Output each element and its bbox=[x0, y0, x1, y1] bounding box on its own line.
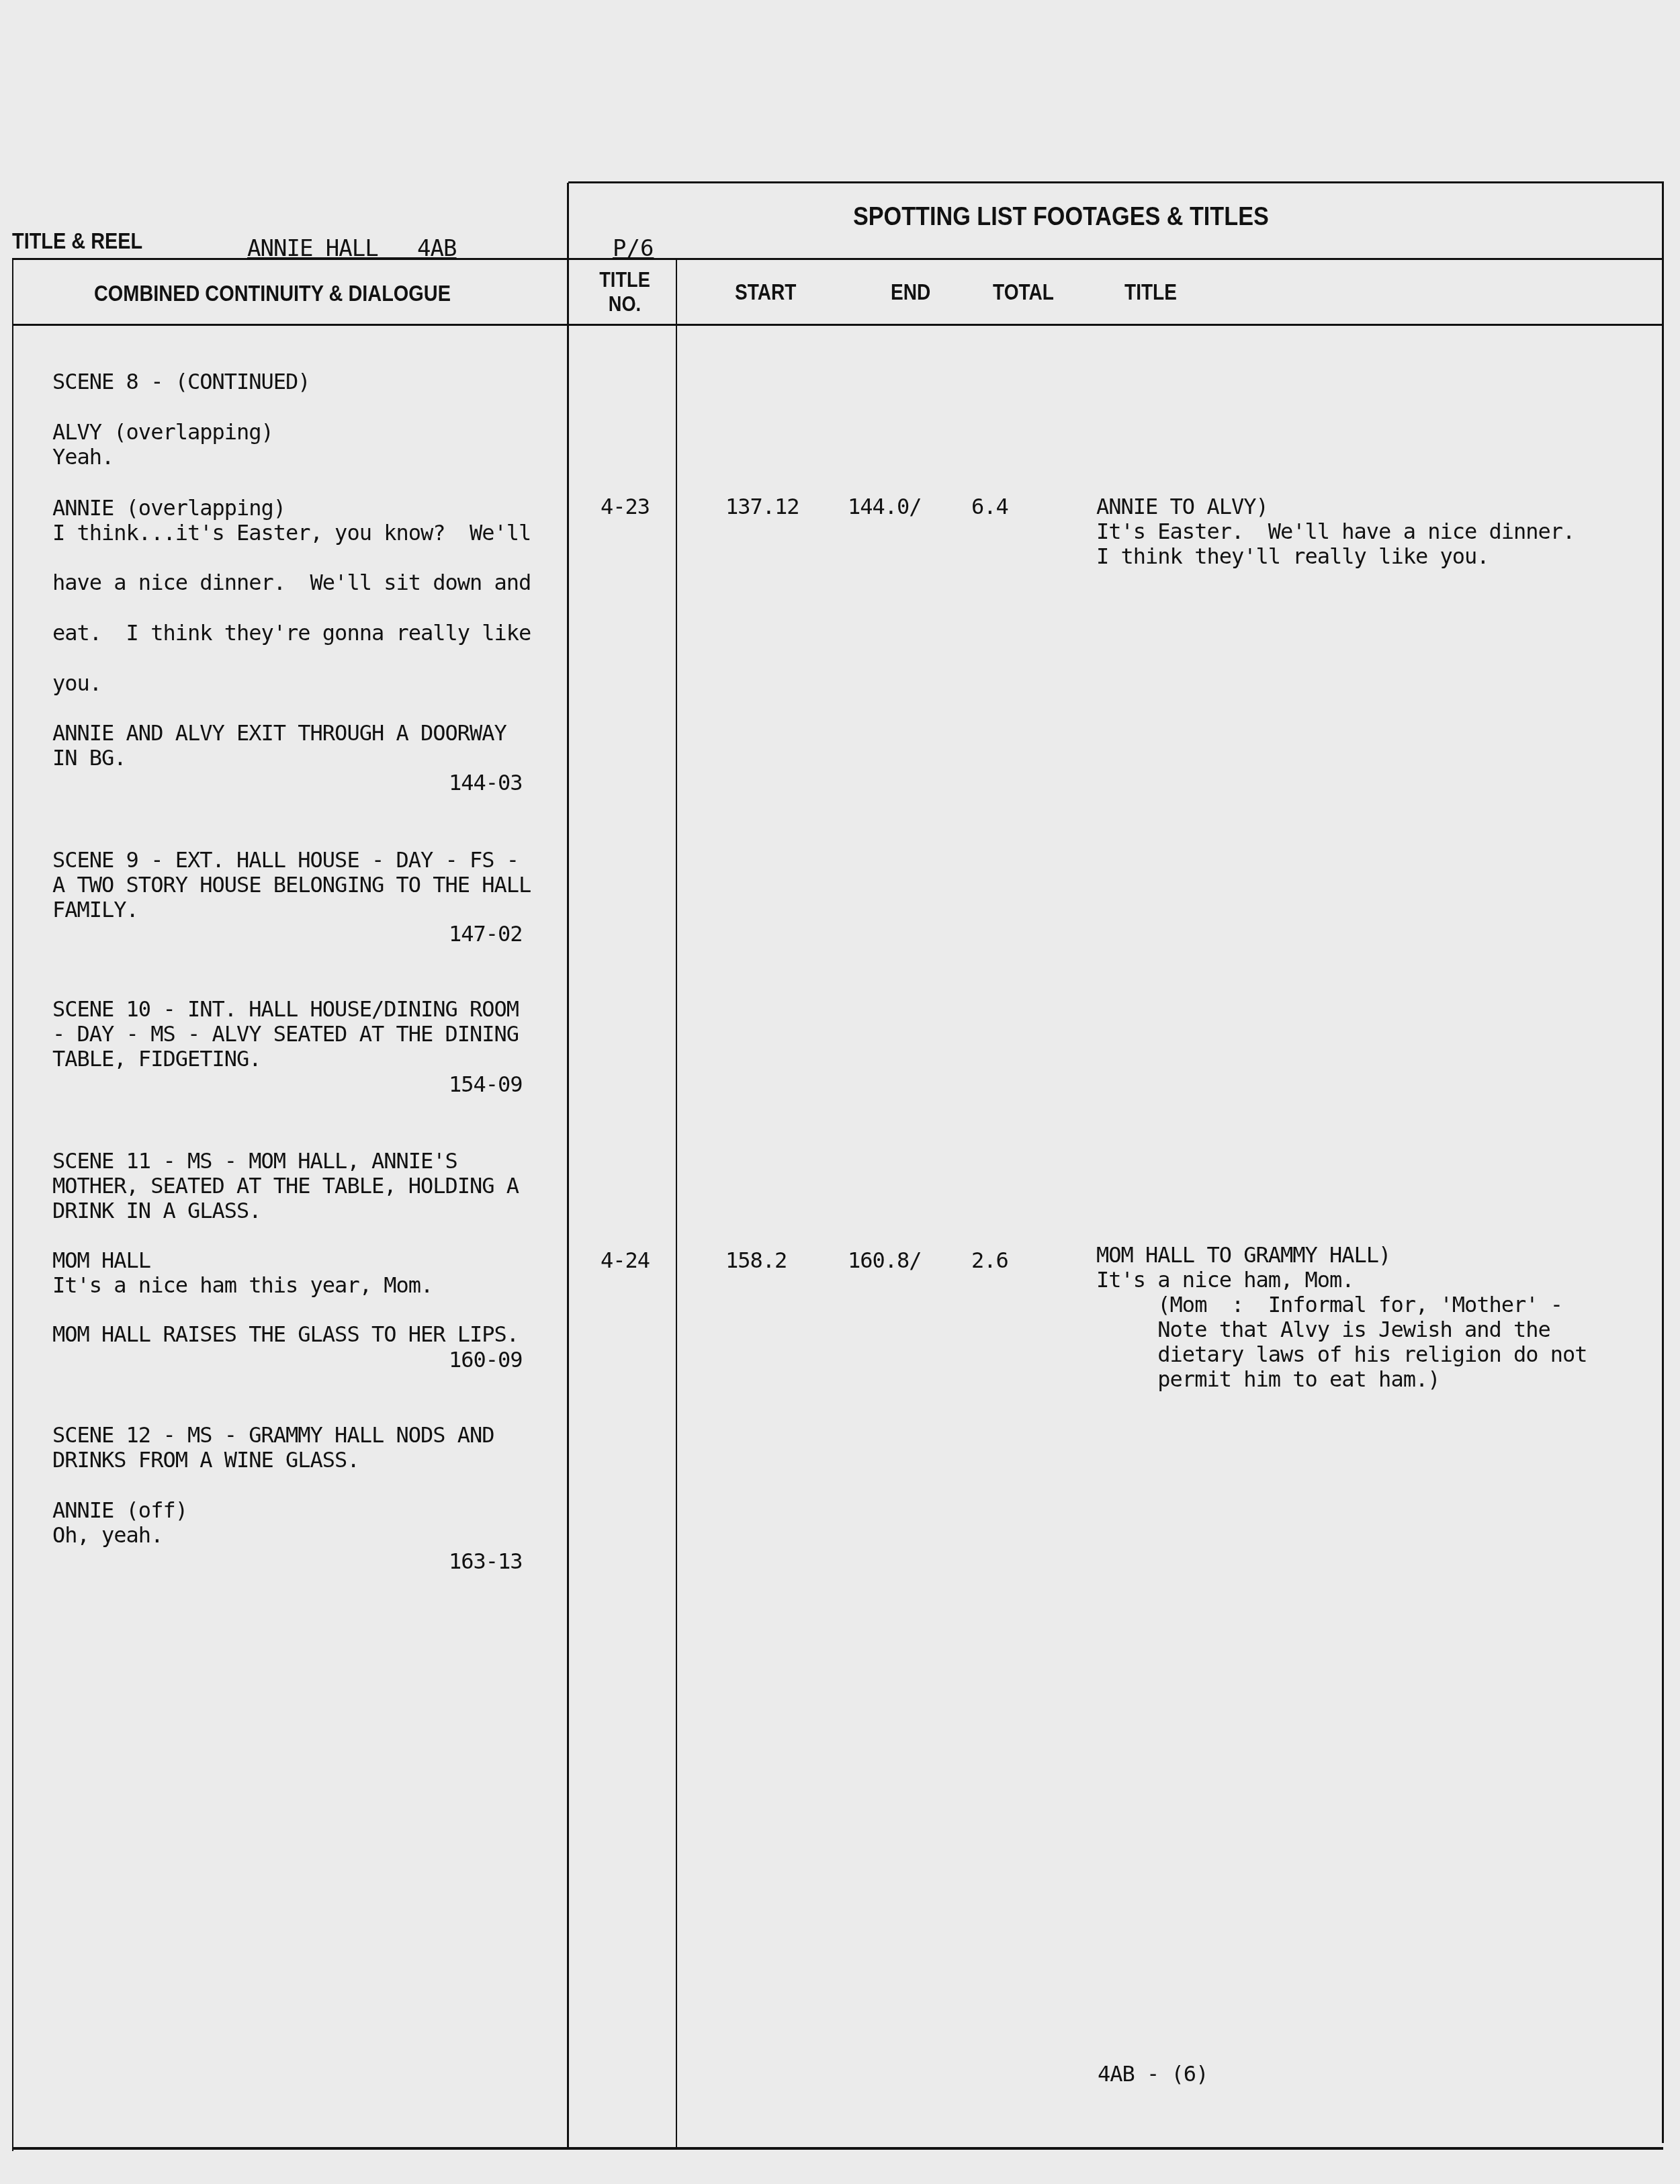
title-no-right-border bbox=[676, 258, 677, 2147]
title-reel-label: TITLE & REEL bbox=[12, 228, 142, 255]
title-number: 4-24 bbox=[601, 1248, 650, 1273]
continuity-scene11: SCENE 11 - MS - MOM HALL, ANNIE'S MOTHER… bbox=[52, 1149, 563, 1223]
spotting-list-heading: SPOTTING LIST FOOTAGES & TITLES bbox=[853, 203, 1269, 232]
total-footage: 6.4 bbox=[971, 494, 1008, 519]
table-bottom-border bbox=[12, 2147, 1663, 2150]
end-footage: 160.8/ bbox=[848, 1248, 922, 1273]
continuity-scene10: SCENE 10 - INT. HALL HOUSE/DINING ROOM -… bbox=[52, 997, 563, 1072]
title-no-heading-line1: TITLE bbox=[596, 267, 654, 292]
column-start-heading: START bbox=[735, 279, 796, 305]
title-reel-value: ANNIE HALL 4AB bbox=[247, 235, 457, 262]
header-row-bottom-border bbox=[12, 324, 1663, 326]
continuity-mom-hall-line: MOM HALL It's a nice ham this year, Mom. bbox=[52, 1248, 563, 1298]
continuity-annie-line-cont2: eat. I think they're gonna really like bbox=[52, 621, 563, 646]
spotting-header-top-border bbox=[568, 181, 1663, 183]
footage-160-09: 160-09 bbox=[449, 1348, 523, 1372]
footage-144-03: 144-03 bbox=[449, 771, 523, 795]
title-number: 4-23 bbox=[601, 494, 650, 519]
column-end-heading: END bbox=[891, 279, 930, 305]
page-footer-label: 4AB - (6) bbox=[1098, 2061, 1208, 2087]
footage-154-09: 154-09 bbox=[449, 1072, 523, 1097]
continuity-annie-line: ANNIE (overlapping) I think...it's Easte… bbox=[52, 496, 563, 545]
start-footage: 158.2 bbox=[725, 1248, 787, 1273]
continuity-annie-line-cont3: you. bbox=[52, 671, 563, 696]
total-footage: 2.6 bbox=[971, 1248, 1008, 1273]
continuity-alvy-line: ALVY (overlapping) Yeah. bbox=[52, 420, 563, 470]
footage-163-13: 163-13 bbox=[449, 1549, 523, 1574]
spotting-header-right-border bbox=[1662, 181, 1664, 2143]
column-total-heading: TOTAL bbox=[993, 279, 1054, 305]
continuity-exit-action: ANNIE AND ALVY EXIT THROUGH A DOORWAY IN… bbox=[52, 721, 563, 771]
title-no-heading-line2: NO. bbox=[596, 292, 654, 316]
footage-147-02: 147-02 bbox=[449, 922, 523, 947]
subtitle-text: MOM HALL TO GRAMMY HALL) It's a nice ham… bbox=[1096, 1243, 1587, 1392]
start-footage: 137.12 bbox=[725, 494, 799, 519]
title-no-heading: TITLE NO. bbox=[596, 267, 654, 316]
continuity-mom-hall-action: MOM HALL RAISES THE GLASS TO HER LIPS. bbox=[52, 1322, 563, 1347]
subtitle-text: ANNIE TO ALVY) It's Easter. We'll have a… bbox=[1096, 494, 1575, 569]
page-ref: P/6 bbox=[613, 235, 654, 262]
end-footage: 144.0/ bbox=[848, 494, 922, 519]
continuity-heading: COMBINED CONTINUITY & DIALOGUE bbox=[94, 281, 451, 307]
table-left-border bbox=[12, 259, 13, 2151]
continuity-scene8-heading: SCENE 8 - (CONTINUED) bbox=[52, 369, 563, 394]
continuity-scene12: SCENE 12 - MS - GRAMMY HALL NODS AND DRI… bbox=[52, 1423, 563, 1473]
continuity-annie-off-line: ANNIE (off) Oh, yeah. bbox=[52, 1498, 563, 1548]
column-title-heading: TITLE bbox=[1124, 279, 1177, 305]
continuity-scene9: SCENE 9 - EXT. HALL HOUSE - DAY - FS - A… bbox=[52, 848, 563, 922]
continuity-annie-line-cont1: have a nice dinner. We'll sit down and bbox=[52, 570, 563, 595]
spotting-header-left-border bbox=[567, 183, 569, 2147]
